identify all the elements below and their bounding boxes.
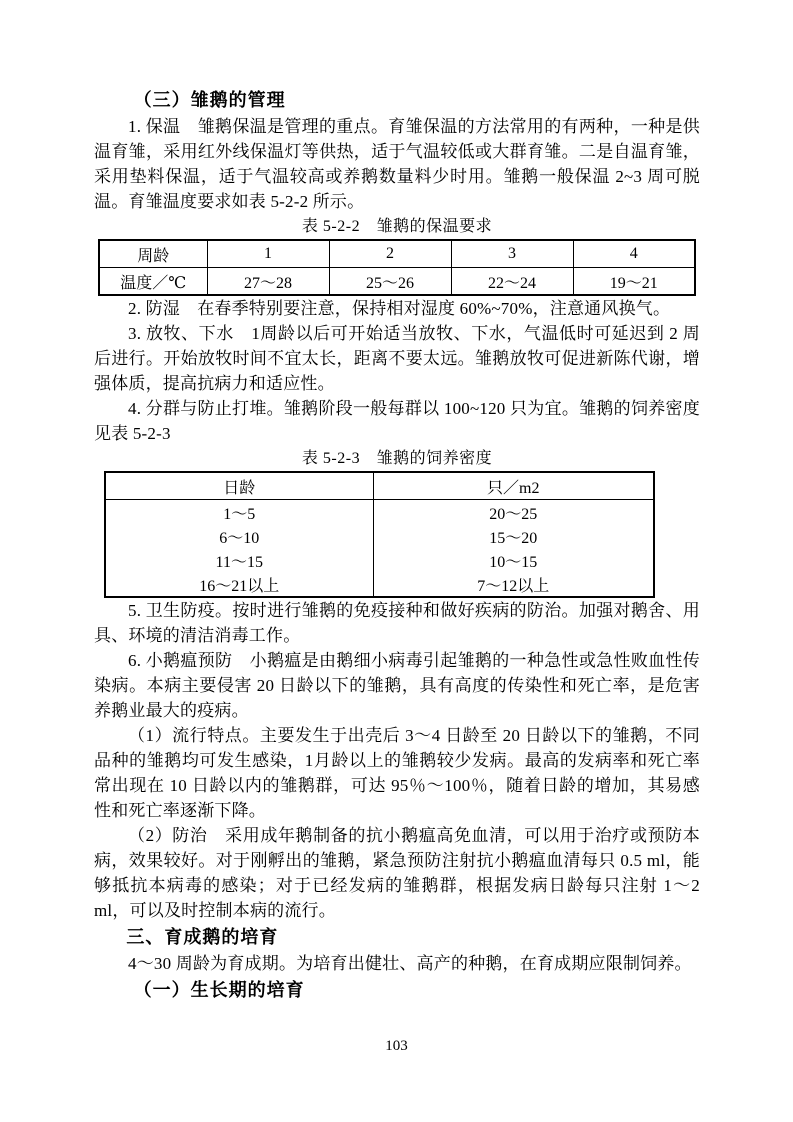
table-cell: 7～12以上: [373, 572, 654, 597]
table-row: 11～15 10～15: [105, 548, 654, 572]
table-insulation-requirements: 周龄 1 2 3 4 温度／℃ 27～28 25～26 22～24 19～21: [98, 239, 696, 296]
table-cell: 日龄: [105, 472, 373, 500]
section-heading-grower-geese: 三、育成鹅的培育: [94, 923, 700, 951]
table-cell: 19～21: [573, 268, 695, 296]
table-cell: 温度／℃: [99, 268, 207, 296]
table-cell: 11～15: [105, 548, 373, 572]
table-cell: 22～24: [451, 268, 573, 296]
paragraph-insulation: 1. 保温 雏鹅保温是管理的重点。育雏保温的方法常用的有两种，一种是供温育雏，采…: [94, 114, 700, 214]
table-cell: 3: [451, 240, 573, 268]
table-cell: 1: [207, 240, 329, 268]
table-cell: 27～28: [207, 268, 329, 296]
table-cell: 15～20: [373, 524, 654, 548]
table-row: 1～5 20～25: [105, 500, 654, 525]
table-cell: 16～21以上: [105, 572, 373, 597]
table-cell: 周龄: [99, 240, 207, 268]
table-caption-5-2-2: 表 5-2-2 雏鹅的保温要求: [94, 214, 700, 239]
table-row: 16～21以上 7～12以上: [105, 572, 654, 597]
table-row: 日龄 只／m2: [105, 472, 654, 500]
paragraph-growing-period: 4～30 周龄为育成期。为培育出健壮、高产的种鹅，在育成期应限制饲养。: [94, 951, 700, 976]
table-row: 6～10 15～20: [105, 524, 654, 548]
paragraph-epidemic-characteristics: （1）流行特点。主要发生于出壳后 3～4 日龄至 20 日龄以下的雏鹅，不同品种…: [94, 723, 700, 823]
table-caption-5-2-3: 表 5-2-3 雏鹅的饲养密度: [94, 446, 700, 471]
paragraph-grouping: 4. 分群与防止打堆。雏鹅阶段一般每群以 100~120 只为宜。雏鹅的饲养密度…: [94, 396, 700, 446]
table-row: 温度／℃ 27～28 25～26 22～24 19～21: [99, 268, 695, 296]
page-number: 103: [0, 1036, 793, 1056]
table-row: 周龄 1 2 3 4: [99, 240, 695, 268]
paragraph-damp-proofing: 2. 防湿 在春季特别要注意，保持相对湿度 60%~70%，注意通风换气。: [94, 296, 700, 321]
table-cell: 6～10: [105, 524, 373, 548]
paragraph-gosling-plague: 6. 小鹅瘟预防 小鹅瘟是由鹅细小病毒引起雏鹅的一种急性或急性败血性传染病。本病…: [94, 648, 700, 723]
section-heading-growth-period: （一）生长期的培育: [94, 976, 700, 1004]
page-content: （三）雏鹅的管理 1. 保温 雏鹅保温是管理的重点。育雏保温的方法常用的有两种，…: [94, 86, 700, 1004]
paragraph-hygiene-epidemic-prevention: 5. 卫生防疫。按时进行雏鹅的免疫接种和做好疾病的防治。加强对鹅舍、用具、环境的…: [94, 598, 700, 648]
table-cell: 1～5: [105, 500, 373, 525]
table-cell: 只／m2: [373, 472, 654, 500]
table-cell: 20～25: [373, 500, 654, 525]
table-cell: 25～26: [329, 268, 451, 296]
section-heading-gosling-management: （三）雏鹅的管理: [94, 86, 700, 114]
table-feeding-density: 日龄 只／m2 1～5 20～25 6～10 15～20 11～15 10～15…: [104, 471, 655, 598]
paragraph-grazing: 3. 放牧、下水 1周龄以后可开始适当放牧、下水，气温低时可延迟到 2 周后进行…: [94, 321, 700, 396]
table-cell: 4: [573, 240, 695, 268]
document-page: （三）雏鹅的管理 1. 保温 雏鹅保温是管理的重点。育雏保温的方法常用的有两种，…: [0, 0, 793, 1122]
paragraph-prevention-treatment: （2）防治 采用成年鹅制备的抗小鹅瘟高免血清，可以用于治疗或预防本病，效果较好。…: [94, 823, 700, 923]
table-cell: 10～15: [373, 548, 654, 572]
table-cell: 2: [329, 240, 451, 268]
